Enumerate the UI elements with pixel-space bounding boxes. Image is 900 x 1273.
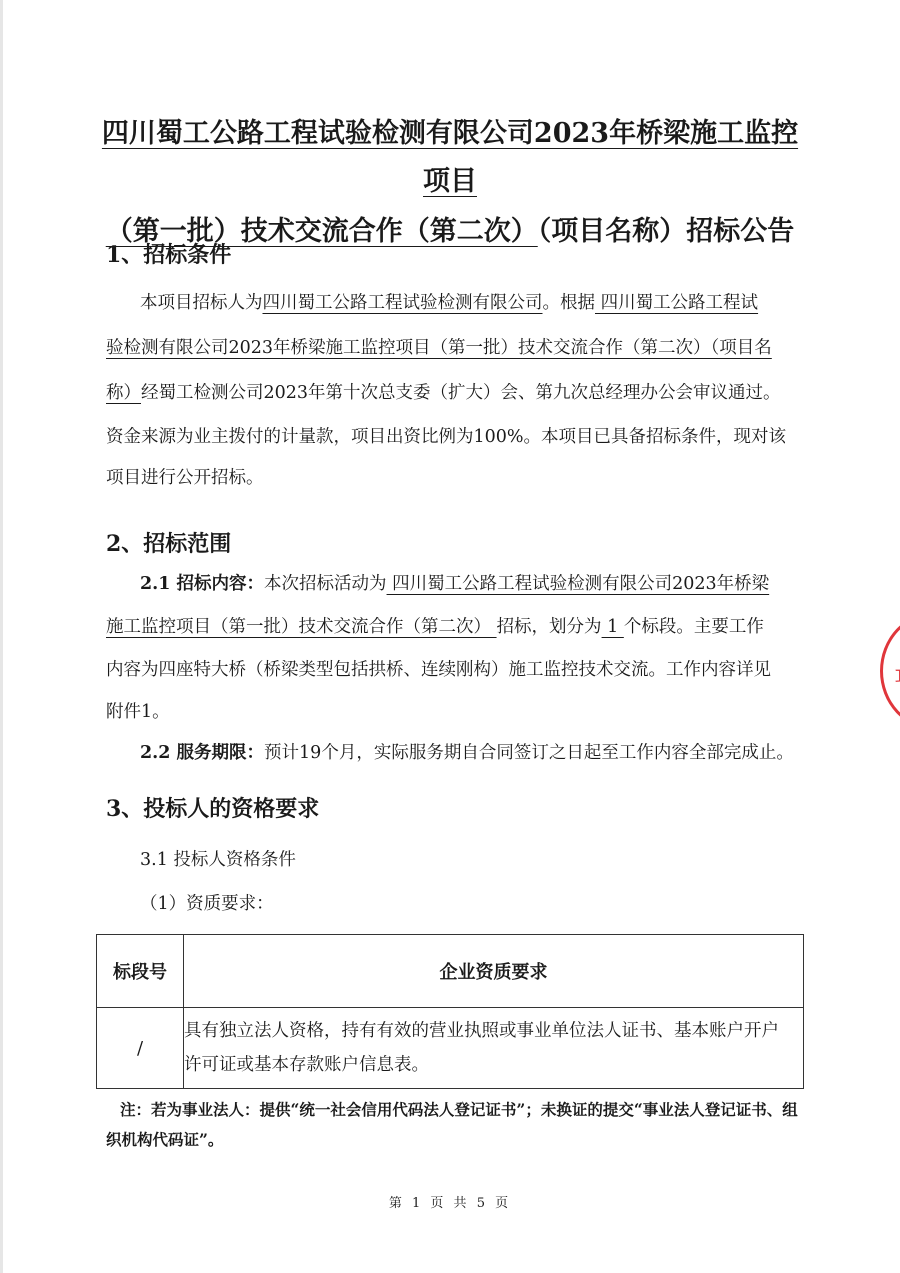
official-seal: 测 耳 弓 [880,612,900,730]
table-row: / 具有独立法人资格，持有有效的营业执照或事业单位法人证书、基本账户开户 许可证… [97,1008,804,1089]
section-2-1-line-4: 附件1。 [106,702,170,722]
header-requirement: 企业资质要求 [184,935,804,1008]
document-title: 四川蜀工公路工程试验检测有限公司2023年桥梁施工监控项目 （第一批）技术交流合… [100,110,800,256]
section-1-heading: 1、招标条件 [106,238,231,269]
qualification-requirements-label: （1）资质要求： [140,894,274,914]
section-1-line-3: 称）经蜀工检测公司2023年第十次总支委（扩大）会、第九次总经理办公会审议通过。 [106,383,781,403]
cell-requirement: 具有独立法人资格，持有有效的营业执照或事业单位法人证书、基本账户开户 许可证或基… [184,1008,804,1089]
section-1-line-2: 验检测有限公司2023年桥梁施工监控项目（第一批）技术交流合作（第二次）（项目名 [106,338,772,358]
note-line-2: 织机构代码证”。 [106,1126,223,1154]
section-1-line-4: 资金来源为业主拨付的计量款，项目出资比例为100%。本项目已具备招标条件，现对该 [106,427,786,447]
title-line-1: 四川蜀工公路工程试验检测有限公司2023年桥梁施工监控项目 [100,110,800,206]
section-2-heading: 2、招标范围 [106,527,231,558]
note-line-1: 注：若为事业法人：提供“统一社会信用代码法人登记证书”；未换证的提交“事业法人登… [120,1096,798,1124]
section-2-1-line-1: 2.1 招标内容：本次招标活动为 四川蜀工公路工程试验检测有限公司2023年桥梁 [140,574,769,594]
section-2-2: 2.2 服务期限：预计19个月，实际服务期自合同签订之日起至工作内容全部完成止。 [140,743,794,763]
section-2-1-line-2: 施工监控项目（第一批）技术交流合作（第二次） 招标，划分为 1 个标段。主要工作 [106,617,764,637]
cell-section-no: / [97,1008,184,1089]
tenderer-name: 四川蜀工公路工程试验检测有限公司 [263,293,543,313]
section-count: 1 [602,617,624,637]
seal-char: 耳 [895,663,900,688]
section-1-line-5: 项目进行公开招标。 [106,468,264,488]
page-edge [0,0,3,1273]
table-header-row: 标段号 企业资质要求 [97,935,804,1008]
header-section-no: 标段号 [97,935,184,1008]
document-page: 四川蜀工公路工程试验检测有限公司2023年桥梁施工监控项目 （第一批）技术交流合… [0,0,900,1273]
section-3-heading: 3、投标人的资格要求 [106,792,319,823]
section-1-line-1: 本项目招标人为四川蜀工公路工程试验检测有限公司。根据 四川蜀工公路工程试 [140,293,758,313]
section-2-1-line-3: 内容为四座特大桥（桥梁类型包括拱桥、连续刚构）施工监控技术交流。工作内容详见 [106,660,771,680]
qualification-table: 标段号 企业资质要求 / 具有独立法人资格，持有有效的营业执照或事业单位法人证书… [96,934,804,1089]
section-3-1-heading: 3.1 投标人资格条件 [140,850,296,870]
page-footer: 第 1 页 共 5 页 [0,1192,900,1211]
